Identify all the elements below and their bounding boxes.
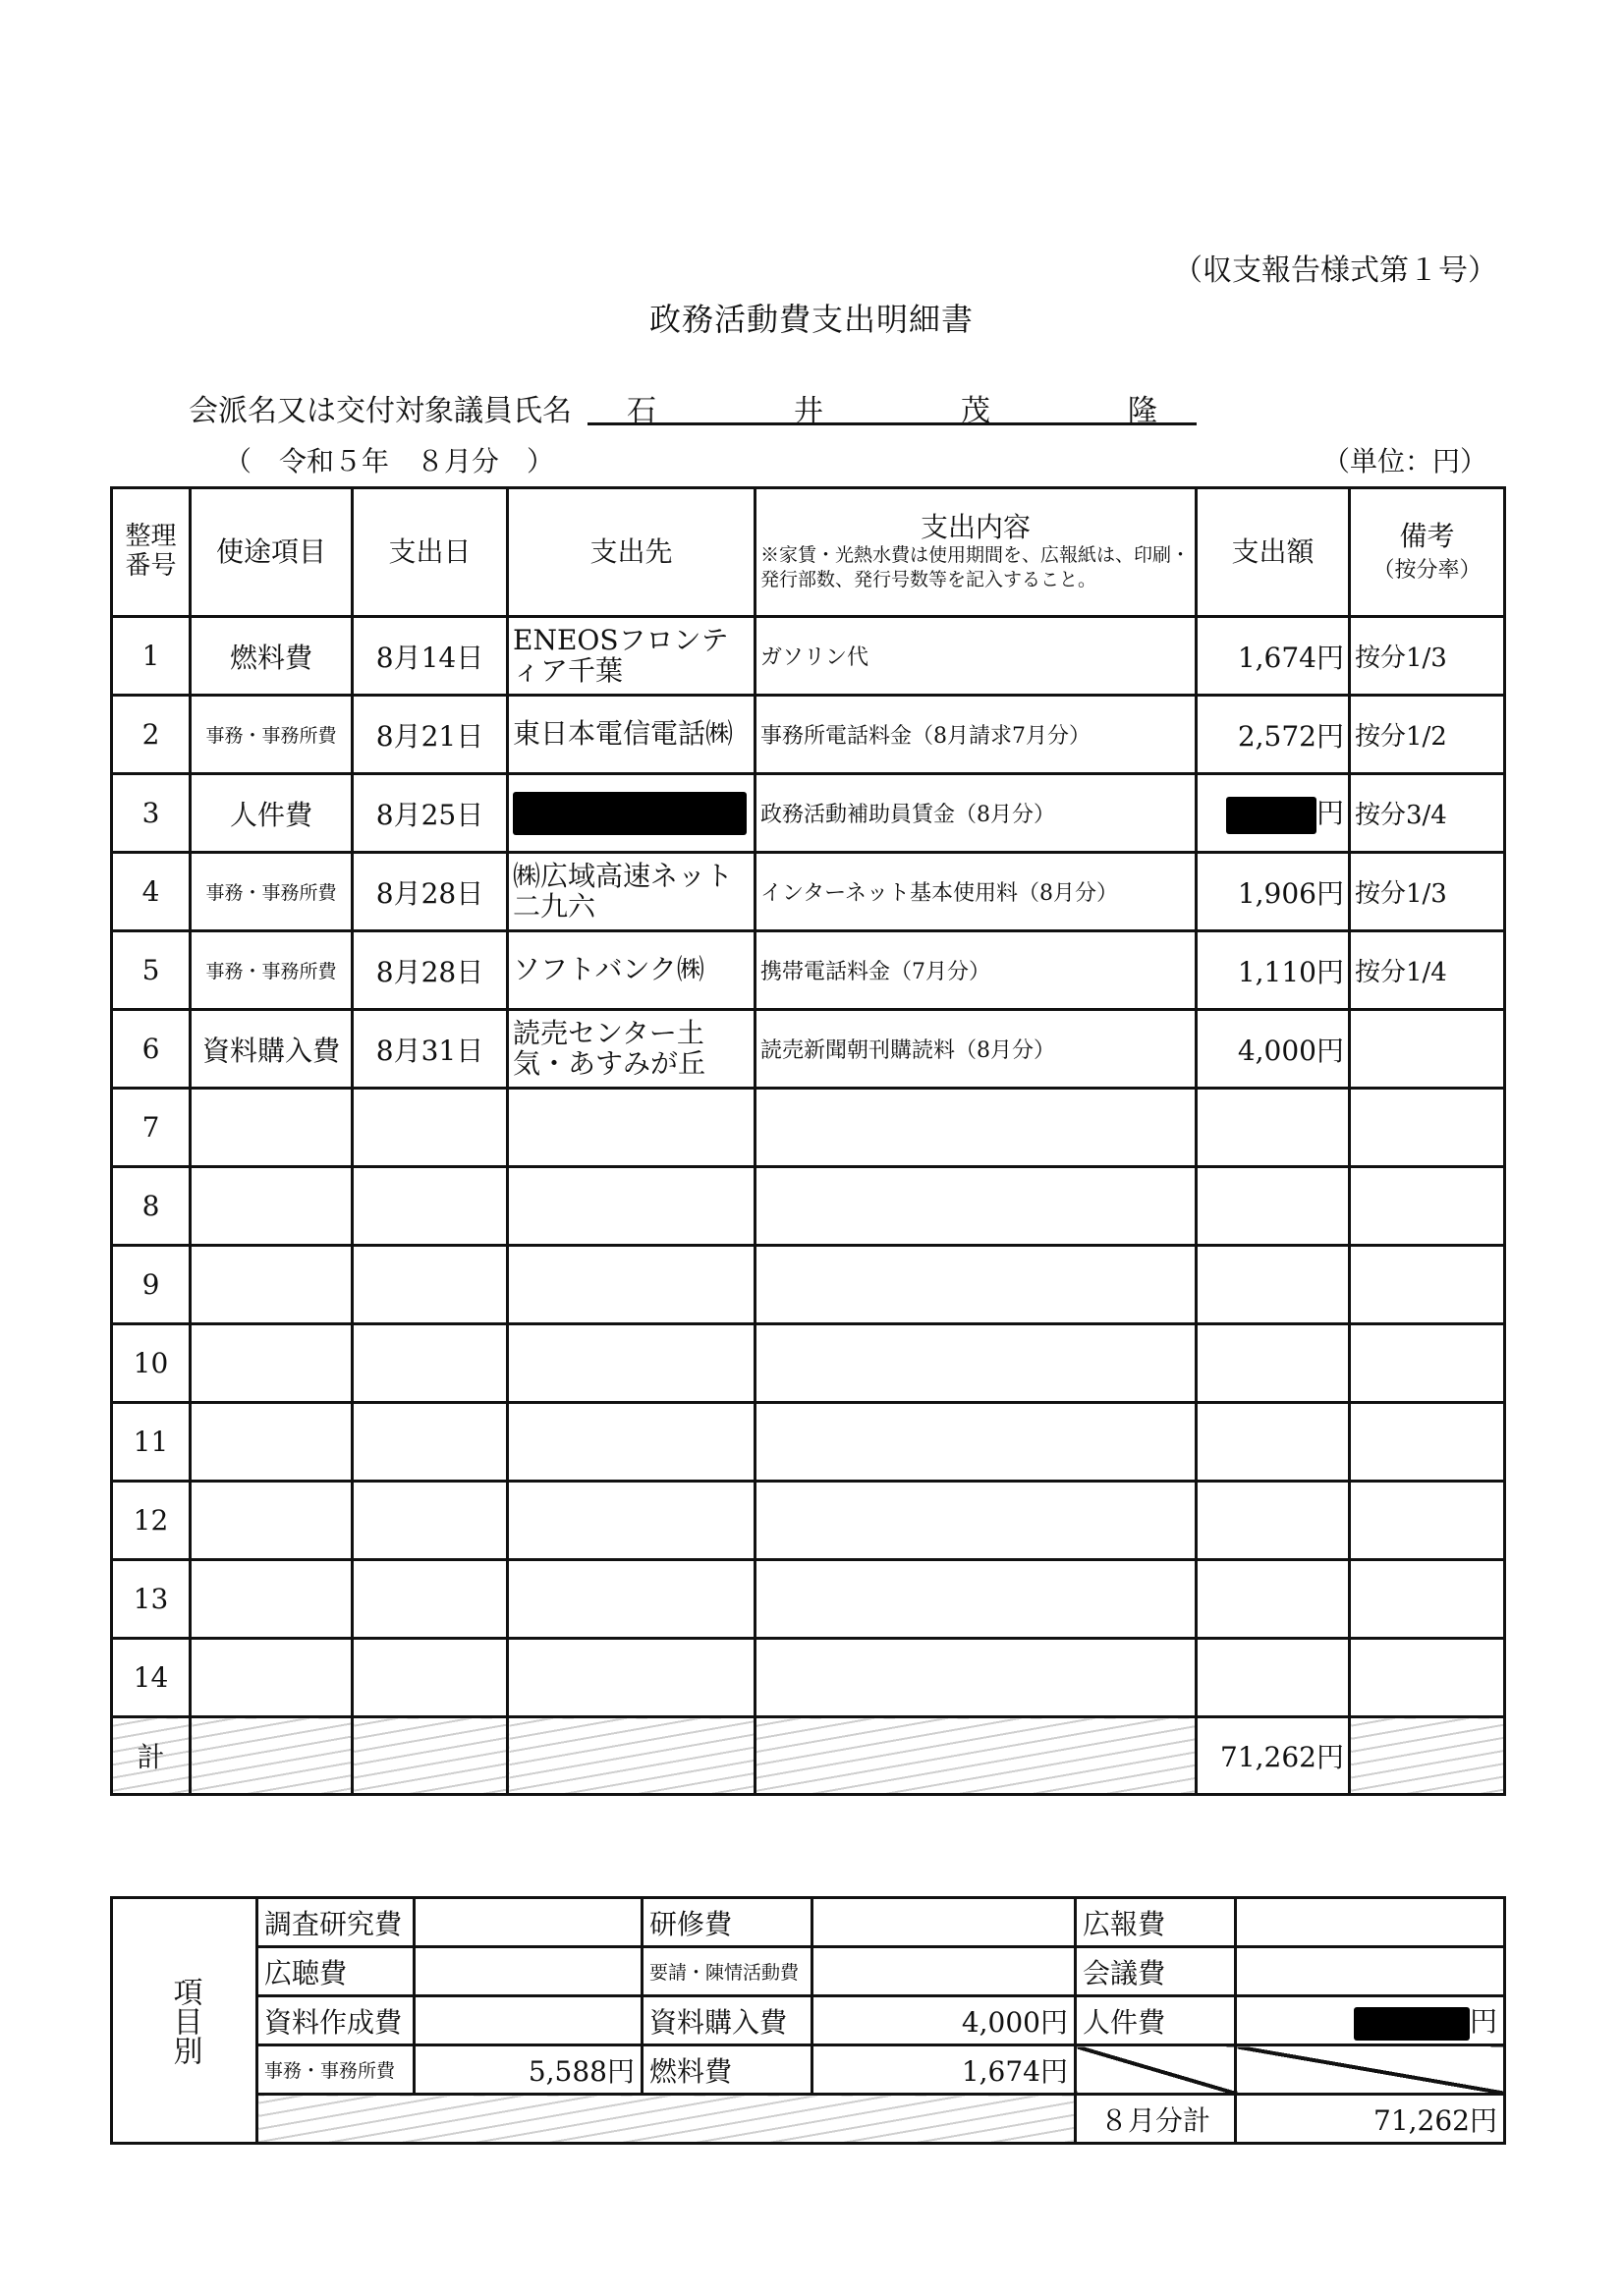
row-date — [353, 1639, 508, 1717]
row-content — [756, 1246, 1197, 1324]
row-amount — [1197, 1639, 1350, 1717]
row-content: 政務活動補助員賃金（8月分） — [756, 774, 1197, 853]
row-number: 9 — [112, 1246, 191, 1324]
row-payee — [508, 1403, 756, 1482]
table-row: 3人件費8月25日政務活動補助員賃金（8月分）円按分3/4 — [112, 774, 1505, 853]
row-date: 8月28日 — [353, 931, 508, 1010]
table-row: 9 — [112, 1246, 1505, 1324]
row-date — [353, 1167, 508, 1246]
row-date — [353, 1560, 508, 1639]
row-category — [191, 1167, 353, 1246]
row-number: 8 — [112, 1167, 191, 1246]
row-date: 8月14日 — [353, 617, 508, 696]
row-content — [756, 1167, 1197, 1246]
row-number: 6 — [112, 1010, 191, 1089]
row-number: 13 — [112, 1560, 191, 1639]
row-remarks — [1350, 1167, 1505, 1246]
row-payee: ENEOSフロンティア千葉 — [508, 617, 756, 696]
row-content — [756, 1403, 1197, 1482]
summary-value-jimu: 5,588円 — [415, 2045, 643, 2095]
row-amount: 1,674円 — [1197, 617, 1350, 696]
summary-label-chosa: 調査研究費 — [257, 1898, 415, 1947]
row-number: 5 — [112, 931, 191, 1010]
table-row: 10 — [112, 1324, 1505, 1403]
category-summary-table: 項目別 調査研究費 研修費 広報費 広聴費 要請・陳情活動費 会議費 資料作成費… — [110, 1896, 1506, 2145]
row-category: 人件費 — [191, 774, 353, 853]
total-blank — [508, 1717, 756, 1795]
row-category — [191, 1639, 353, 1717]
month-total-label: ８月分計 — [1076, 2095, 1236, 2144]
summary-value-yosei — [812, 1947, 1076, 1996]
header-no: 整理番号 — [112, 488, 191, 617]
row-amount-unit: 円 — [1316, 797, 1344, 829]
table-row: 4事務・事務所費8月28日㈱広域高速ネット二九六インターネット基本使用料（8月分… — [112, 853, 1505, 931]
row-content: 読売新聞朝刊購読料（8月分） — [756, 1010, 1197, 1089]
row-amount: 1,110円 — [1197, 931, 1350, 1010]
total-amount: 71,262円 — [1197, 1717, 1350, 1795]
summary-label-kenshu: 研修費 — [643, 1898, 812, 1947]
row-number: 1 — [112, 617, 191, 696]
total-row: 計 71,262円 — [112, 1717, 1505, 1795]
header-date: 支出日 — [353, 488, 508, 617]
row-date — [353, 1089, 508, 1167]
row-remarks — [1350, 1324, 1505, 1403]
member-name-char: 石 — [627, 386, 656, 422]
row-number: 10 — [112, 1324, 191, 1403]
header-content-label: 支出内容 — [921, 511, 1031, 543]
table-row: 5事務・事務所費8月28日ソフトバンク㈱携帯電話料金（7月分）1,110円按分1… — [112, 931, 1505, 1010]
member-name: 石 井 茂 隆 — [588, 386, 1197, 425]
row-category — [191, 1403, 353, 1482]
row-amount — [1197, 1482, 1350, 1560]
row-date: 8月28日 — [353, 853, 508, 931]
row-amount — [1197, 1167, 1350, 1246]
row-date: 8月25日 — [353, 774, 508, 853]
row-remarks: 按分3/4 — [1350, 774, 1505, 853]
row-amount — [1197, 1560, 1350, 1639]
report-period: （ 令和５年 ８月分 ） — [224, 440, 554, 479]
page-title: 政務活動費支出明細書 — [0, 295, 1623, 340]
row-content: 携帯電話料金（7月分） — [756, 931, 1197, 1010]
row-category: 資料購入費 — [191, 1010, 353, 1089]
row-date — [353, 1482, 508, 1560]
row-payee — [508, 1560, 756, 1639]
row-payee: ソフトバンク㈱ — [508, 931, 756, 1010]
table-row: 8 — [112, 1167, 1505, 1246]
row-date — [353, 1403, 508, 1482]
summary-value-shiryo-konyu: 4,000円 — [812, 1996, 1076, 2045]
table-row: 2事務・事務所費8月21日東日本電信電話㈱事務所電話料金（8月請求7月分）2,5… — [112, 696, 1505, 774]
header-content-note: ※家賃・光熱水費は使用期間を、広報紙は、印刷・発行部数、発行号数等を記入すること… — [760, 543, 1191, 591]
row-number: 3 — [112, 774, 191, 853]
row-category: 事務・事務所費 — [191, 931, 353, 1010]
summary-label-koho: 広報費 — [1076, 1898, 1236, 1947]
row-number: 2 — [112, 696, 191, 774]
row-remarks — [1350, 1482, 1505, 1560]
row-content — [756, 1482, 1197, 1560]
header-payee: 支出先 — [508, 488, 756, 617]
header-category: 使途項目 — [191, 488, 353, 617]
row-date — [353, 1246, 508, 1324]
row-remarks: 按分1/4 — [1350, 931, 1505, 1010]
row-amount — [1197, 1246, 1350, 1324]
row-content: 事務所電話料金（8月請求7月分） — [756, 696, 1197, 774]
row-category — [191, 1246, 353, 1324]
row-payee — [508, 1639, 756, 1717]
summary-value-nenryo: 1,674円 — [812, 2045, 1076, 2095]
row-remarks: 按分1/3 — [1350, 617, 1505, 696]
row-amount — [1197, 1403, 1350, 1482]
row-remarks: 按分1/3 — [1350, 853, 1505, 931]
summary-label-jimu: 事務・事務所費 — [257, 2045, 415, 2095]
table-row: 11 — [112, 1403, 1505, 1482]
month-total-value: 71,262円 — [1236, 2095, 1505, 2144]
row-remarks — [1350, 1246, 1505, 1324]
diagonal-slash-cell — [1076, 2045, 1236, 2095]
row-category — [191, 1324, 353, 1403]
summary-label-kocho: 広聴費 — [257, 1947, 415, 1996]
row-remarks — [1350, 1403, 1505, 1482]
unit-label: （単位：円） — [1322, 440, 1487, 479]
total-blank — [191, 1717, 353, 1795]
header-remarks-label: 備考 — [1399, 520, 1454, 552]
summary-value-kenshu — [812, 1898, 1076, 1947]
row-payee: 東日本電信電話㈱ — [508, 696, 756, 774]
row-remarks — [1350, 1639, 1505, 1717]
summary-label-nenryo: 燃料費 — [643, 2045, 812, 2095]
row-date: 8月21日 — [353, 696, 508, 774]
summary-value-jinken-unit: 円 — [1470, 2005, 1497, 2038]
table-row: 1燃料費8月14日ENEOSフロンティア千葉ガソリン代1,674円按分1/3 — [112, 617, 1505, 696]
row-content — [756, 1324, 1197, 1403]
summary-label-jinken: 人件費 — [1076, 1996, 1236, 2045]
header-remarks-sub: （按分率） — [1372, 558, 1481, 583]
summary-label-yosei: 要請・陳情活動費 — [643, 1947, 812, 1996]
member-name-label: 会派名又は交付対象議員氏名 — [189, 386, 572, 429]
table-row: 7 — [112, 1089, 1505, 1167]
summary-label-shiryo-konyu: 資料購入費 — [643, 1996, 812, 2045]
row-amount: 円 — [1197, 774, 1350, 853]
form-number: （収支報告様式第１号） — [1173, 246, 1497, 289]
row-category: 事務・事務所費 — [191, 696, 353, 774]
header-amount: 支出額 — [1197, 488, 1350, 617]
summary-label-kaigi: 会議費 — [1076, 1947, 1236, 1996]
summary-value-jinken: 円 — [1236, 1996, 1505, 2045]
row-amount — [1197, 1089, 1350, 1167]
row-number: 12 — [112, 1482, 191, 1560]
row-number: 4 — [112, 853, 191, 931]
summary-value-chosa — [415, 1898, 643, 1947]
table-row: 13 — [112, 1560, 1505, 1639]
total-blank — [353, 1717, 508, 1795]
row-payee: ㈱広域高速ネット二九六 — [508, 853, 756, 931]
row-payee — [508, 1482, 756, 1560]
redaction-block — [513, 792, 747, 835]
table-row: 12 — [112, 1482, 1505, 1560]
row-amount: 2,572円 — [1197, 696, 1350, 774]
member-name-char: 隆 — [1128, 386, 1157, 422]
row-content — [756, 1560, 1197, 1639]
row-number: 7 — [112, 1089, 191, 1167]
table-header-row: 整理番号 使途項目 支出日 支出先 支出内容 ※家賃・光熱水費は使用期間を、広報… — [112, 488, 1505, 617]
row-category — [191, 1560, 353, 1639]
row-number: 14 — [112, 1639, 191, 1717]
row-category — [191, 1089, 353, 1167]
redaction-block — [1226, 797, 1316, 834]
summary-value-koho — [1236, 1898, 1505, 1947]
total-blank — [1350, 1717, 1505, 1795]
header-content: 支出内容 ※家賃・光熱水費は使用期間を、広報紙は、印刷・発行部数、発行号数等を記… — [756, 488, 1197, 617]
header-remarks: 備考 （按分率） — [1350, 488, 1505, 617]
row-payee — [508, 1089, 756, 1167]
summary-blank-area — [257, 2095, 1076, 2144]
table-row: 6資料購入費8月31日読売センター土気・あすみが丘読売新聞朝刊購読料（8月分）4… — [112, 1010, 1505, 1089]
summary-label-shiryo-sakusei: 資料作成費 — [257, 1996, 415, 2045]
row-payee — [508, 1324, 756, 1403]
row-remarks: 按分1/2 — [1350, 696, 1505, 774]
row-remarks — [1350, 1089, 1505, 1167]
summary-side-label: 項目別 — [112, 1898, 257, 2144]
member-name-char: 茂 — [961, 386, 990, 422]
expense-detail-table: 整理番号 使途項目 支出日 支出先 支出内容 ※家賃・光熱水費は使用期間を、広報… — [110, 486, 1506, 1796]
row-category — [191, 1482, 353, 1560]
row-category: 事務・事務所費 — [191, 853, 353, 931]
summary-value-kaigi — [1236, 1947, 1505, 1996]
row-content — [756, 1639, 1197, 1717]
row-content: ガソリン代 — [756, 617, 1197, 696]
row-amount — [1197, 1324, 1350, 1403]
row-content — [756, 1089, 1197, 1167]
row-remarks — [1350, 1560, 1505, 1639]
row-payee — [508, 774, 756, 853]
total-label: 計 — [112, 1717, 191, 1795]
row-payee — [508, 1167, 756, 1246]
row-amount: 1,906円 — [1197, 853, 1350, 931]
total-blank — [756, 1717, 1197, 1795]
redaction-block — [1354, 2007, 1470, 2041]
member-name-char: 井 — [794, 386, 823, 422]
summary-value-shiryo-sakusei — [415, 1996, 643, 2045]
row-date: 8月31日 — [353, 1010, 508, 1089]
row-remarks — [1350, 1010, 1505, 1089]
row-number: 11 — [112, 1403, 191, 1482]
row-payee: 読売センター土気・あすみが丘 — [508, 1010, 756, 1089]
table-row: 14 — [112, 1639, 1505, 1717]
summary-value-kocho — [415, 1947, 643, 1996]
row-payee — [508, 1246, 756, 1324]
row-date — [353, 1324, 508, 1403]
diagonal-slash-cell — [1236, 2045, 1505, 2095]
row-category: 燃料費 — [191, 617, 353, 696]
row-content: インターネット基本使用料（8月分） — [756, 853, 1197, 931]
row-amount: 4,000円 — [1197, 1010, 1350, 1089]
